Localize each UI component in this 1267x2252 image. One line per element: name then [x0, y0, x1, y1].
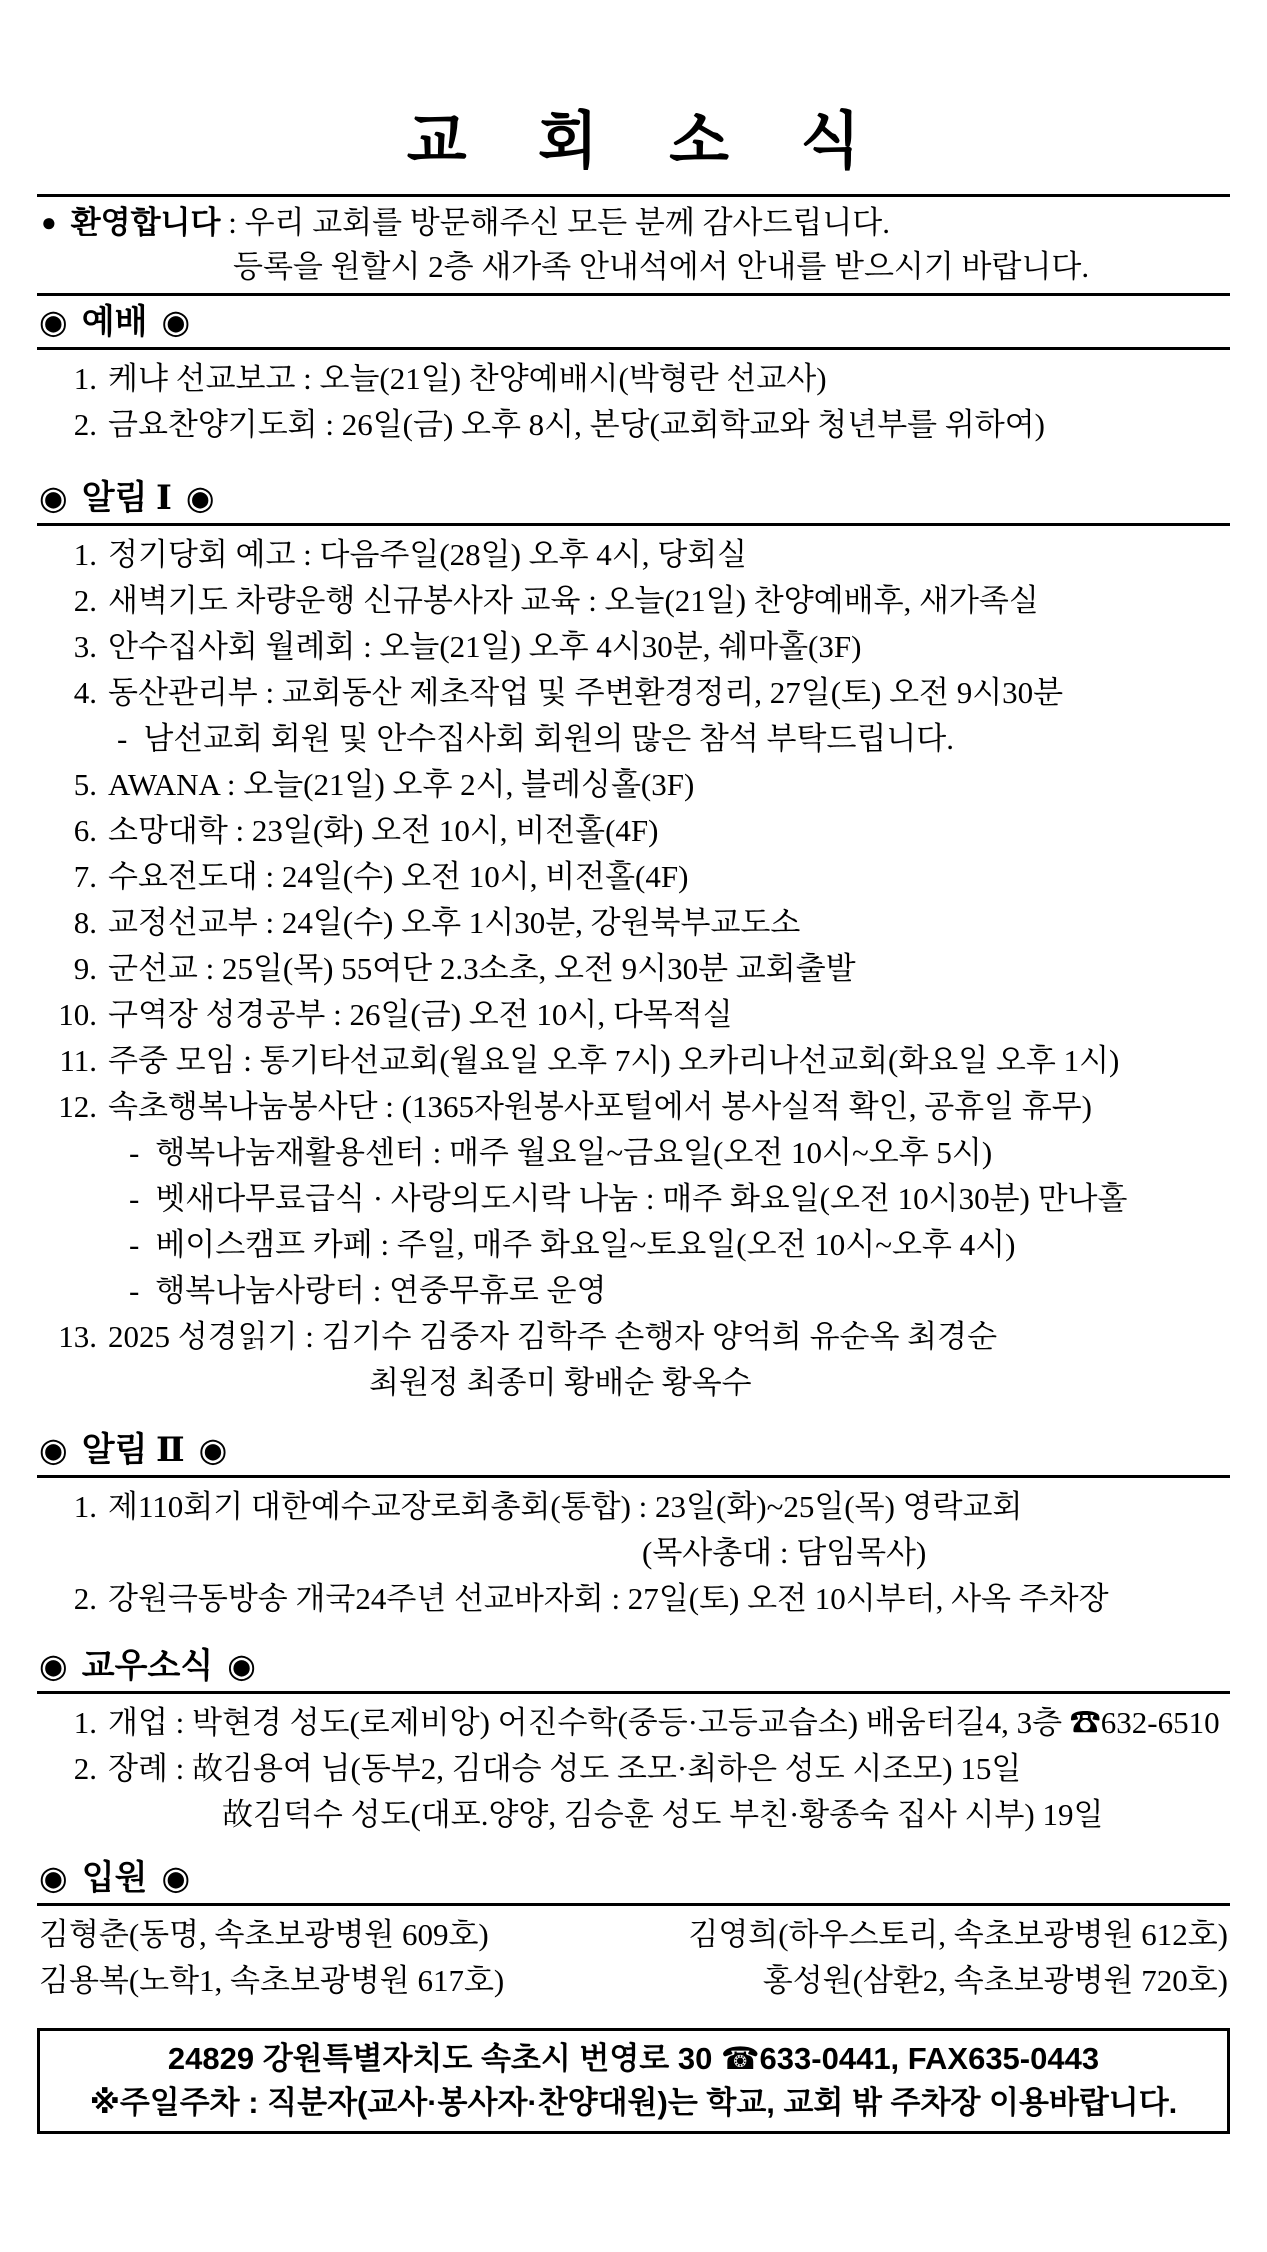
- list-item: 8. 교정선교부 : 24일(수) 오후 1시30분, 강원북부교도소: [37, 900, 1230, 946]
- bullet-icon: ●: [41, 208, 57, 237]
- dash-marker: -: [117, 721, 127, 756]
- section-title: 교우소식: [82, 1648, 213, 1685]
- item-text: 금요찬양기도회 : 26일(금) 오후 8시, 본당(교회학교와 청년부를 위하…: [108, 402, 1045, 448]
- section-notice-1: ◉알림 Ⅰ◉ 1. 정기당회 예고 : 다음주일(28일) 오후 4시, 당회실…: [37, 478, 1230, 1406]
- item-number: 9.: [37, 946, 97, 992]
- item-number: 4.: [37, 670, 97, 716]
- list-item: 9. 군선교 : 25일(목) 55여단 2.3소초, 오전 9시30분 교회출…: [37, 946, 1230, 992]
- item-text: 소망대학 : 23일(화) 오전 10시, 비전홀(4F): [108, 808, 659, 854]
- list-item: 2. 강원극동방송 개국24주년 선교바자회 : 27일(토) 오전 10시부터…: [37, 1576, 1230, 1622]
- item-text: 제110회기 대한예수교장로회총회(통합) : 23일(화)~25일(목) 영락…: [108, 1484, 1022, 1530]
- dash-marker: -: [129, 1135, 139, 1170]
- item-text: 수요전도대 : 24일(수) 오전 10시, 비전홀(4F): [108, 854, 688, 900]
- list-item: 13. 2025 성경읽기 : 김기수 김중자 김학주 손행자 양억희 유순옥 …: [37, 1314, 1230, 1360]
- list-item: 5. AWANA : 오늘(21일) 오후 2시, 블레싱홀(3F): [37, 762, 1230, 808]
- subitem-text: 행복나눔재활용센터 : 매주 월요일~금요일(오전 10시~오후 5시): [155, 1135, 992, 1170]
- item-text: 강원극동방송 개국24주년 선교바자회 : 27일(토) 오전 10시부터, 사…: [108, 1576, 1109, 1622]
- section-marker-icon: ◉: [39, 1649, 68, 1685]
- welcome-line-2: 등록을 원할시 2층 새가족 안내석에서 안내를 받으시기 바랍니다.: [233, 245, 1230, 289]
- member-news-items: 1. 개업 : 박현경 성도(로제비앙) 어진수학(중등·고등교습소) 배움터길…: [37, 1694, 1230, 1838]
- item-text: 개업 : 박현경 성도(로제비앙) 어진수학(중등·고등교습소) 배움터길4, …: [108, 1700, 1220, 1746]
- footer-address: 24829 강원특별자치도 속초시 번영로 30 ☎633-0441, FAX6…: [50, 2037, 1217, 2081]
- footer-address-box: 24829 강원특별자치도 속초시 번영로 30 ☎633-0441, FAX6…: [37, 2028, 1230, 2134]
- item-text: 주중 모임 : 통기타선교회(월요일 오후 7시) 오카리나선교회(화요일 오후…: [108, 1038, 1119, 1084]
- item-text: 케냐 선교보고 : 오늘(21일) 찬양예배시(박형란 선교사): [108, 356, 827, 402]
- list-item: 1. 정기당회 예고 : 다음주일(28일) 오후 4시, 당회실: [37, 532, 1230, 578]
- section-marker-icon: ◉: [227, 1649, 256, 1685]
- item-text: 구역장 성경공부 : 26일(금) 오전 10시, 다목적실: [108, 992, 733, 1038]
- item-number: 2.: [37, 1746, 97, 1792]
- item-text: 정기당회 예고 : 다음주일(28일) 오후 4시, 당회실: [108, 532, 747, 578]
- list-item: 2. 장례 : 故김용여 님(동부2, 김대승 성도 조모·최하은 성도 시조모…: [37, 1746, 1230, 1792]
- section-marker-icon: ◉: [39, 305, 68, 341]
- section-marker-icon: ◉: [186, 481, 215, 517]
- list-item: 6. 소망대학 : 23일(화) 오전 10시, 비전홀(4F): [37, 808, 1230, 854]
- welcome-line-1: ●환영합니다 : 우리 교회를 방문해주신 모든 분께 감사드립니다.: [41, 201, 1230, 245]
- list-item: 2. 새벽기도 차량운행 신규봉사자 교육 : 오늘(21일) 찬양예배후, 새…: [37, 578, 1230, 624]
- item-text: 교정선교부 : 24일(수) 오후 1시30분, 강원북부교도소: [108, 900, 800, 946]
- item-number: 3.: [37, 624, 97, 670]
- item-number: 13.: [37, 1314, 97, 1360]
- item-number: 2.: [37, 1576, 97, 1622]
- welcome-text: 우리 교회를 방문해주신 모든 분께 감사드립니다.: [245, 205, 890, 240]
- item-text: 안수집사회 월례회 : 오늘(21일) 오후 4시30분, 쉐마홀(3F): [108, 624, 861, 670]
- item-number: 10.: [37, 992, 97, 1038]
- list-item: 12. 속초행복나눔봉사단 : (1365자원봉사포털에서 봉사실적 확인, 공…: [37, 1084, 1230, 1130]
- list-item: 1. 케냐 선교보고 : 오늘(21일) 찬양예배시(박형란 선교사): [37, 356, 1230, 402]
- section-worship: ◉예배◉ 1. 케냐 선교보고 : 오늘(21일) 찬양예배시(박형란 선교사)…: [37, 302, 1230, 448]
- section-marker-icon: ◉: [199, 1433, 228, 1469]
- item-text: 군선교 : 25일(목) 55여단 2.3소초, 오전 9시30분 교회출발: [108, 946, 856, 992]
- item-text: 속초행복나눔봉사단 : (1365자원봉사포털에서 봉사실적 확인, 공휴일 휴…: [108, 1084, 1092, 1130]
- list-subitem: -행복나눔사랑터 : 연중무휴로 운영: [129, 1268, 1230, 1314]
- list-item: 2. 금요찬양기도회 : 26일(금) 오후 8시, 본당(교회학교와 청년부를…: [37, 402, 1230, 448]
- list-subitem: -남선교회 회원 및 안수집사회 회원의 많은 참석 부탁드립니다.: [117, 716, 1230, 762]
- section-hospitalized: ◉입원◉ 김형춘(동명, 속초보광병원 609호) 김영희(하우스토리, 속초보…: [37, 1858, 1230, 2004]
- list-item: 11. 주중 모임 : 통기타선교회(월요일 오후 7시) 오카리나선교회(화요…: [37, 1038, 1230, 1084]
- item-number: 8.: [37, 900, 97, 946]
- divider: [37, 293, 1230, 296]
- section-marker-icon: ◉: [162, 305, 191, 341]
- section-title: 입원: [82, 1860, 148, 1897]
- item-text: 2025 성경읽기 : 김기수 김중자 김학주 손행자 양억희 유순옥 최경순: [108, 1314, 997, 1360]
- subitem-text: 남선교회 회원 및 안수집사회 회원의 많은 참석 부탁드립니다.: [143, 721, 954, 756]
- section-marker-icon: ◉: [39, 481, 68, 517]
- item-number: 2.: [37, 402, 97, 448]
- list-item: 4. 동산관리부 : 교회동산 제초작업 및 주변환경정리, 27일(토) 오전…: [37, 670, 1230, 716]
- section-marker-icon: ◉: [162, 1861, 191, 1897]
- church-news-bulletin: 교 회 소 식 ●환영합니다 : 우리 교회를 방문해주신 모든 분께 감사드립…: [0, 0, 1267, 2252]
- welcome-colon: :: [220, 205, 244, 240]
- list-item: 7. 수요전도대 : 24일(수) 오전 10시, 비전홀(4F): [37, 854, 1230, 900]
- item-number: 12.: [37, 1084, 97, 1130]
- list-subitem: -베이스캠프 카페 : 주일, 매주 화요일~토요일(오전 10시~오후 4시): [129, 1222, 1230, 1268]
- section-member-news-header: ◉교우소식◉: [37, 1646, 1230, 1688]
- section-title: 알림 Ⅰ: [82, 480, 172, 517]
- section-notice-2-header: ◉알림 Ⅱ◉: [37, 1430, 1230, 1472]
- section-title: 알림 Ⅱ: [82, 1432, 185, 1469]
- list-subitem: -행복나눔재활용센터 : 매주 월요일~금요일(오전 10시~오후 5시): [129, 1130, 1230, 1176]
- page-title: 교 회 소 식: [37, 100, 1230, 184]
- hospitalized-row: 김형춘(동명, 속초보광병원 609호) 김영희(하우스토리, 속초보광병원 6…: [37, 1912, 1230, 1958]
- hospitalized-entry: 김용복(노학1, 속초보광병원 617호): [39, 1958, 504, 2004]
- dash-marker: -: [129, 1227, 139, 1262]
- list-item: 1. 제110회기 대한예수교장로회총회(통합) : 23일(화)~25일(목)…: [37, 1484, 1230, 1530]
- section-marker-icon: ◉: [39, 1861, 68, 1897]
- footer-parking-notice: ※주일주차 : 직분자(교사·봉사자·찬양대원)는 학교, 교회 밖 주차장 이…: [50, 2081, 1217, 2125]
- item-number: 1.: [37, 1484, 97, 1530]
- subitem-text: 행복나눔사랑터 : 연중무휴로 운영: [155, 1273, 606, 1308]
- item-number: 1.: [37, 1700, 97, 1746]
- section-title: 예배: [82, 304, 148, 341]
- hospitalized-entry: 김영희(하우스토리, 속초보광병원 612호): [688, 1912, 1228, 1958]
- item-number: 5.: [37, 762, 97, 808]
- item-number: 7.: [37, 854, 97, 900]
- welcome-label: 환영합니다: [71, 205, 221, 240]
- list-item: 10. 구역장 성경공부 : 26일(금) 오전 10시, 다목적실: [37, 992, 1230, 1038]
- item-number: 1.: [37, 532, 97, 578]
- subitem-text: 벳새다무료급식 · 사랑의도시락 나눔 : 매주 화요일(오전 10시30분) …: [155, 1181, 1127, 1216]
- item-number: 1.: [37, 356, 97, 402]
- notice-1-items: 1. 정기당회 예고 : 다음주일(28일) 오후 4시, 당회실 2. 새벽기…: [37, 526, 1230, 1406]
- notice-2-items: 1. 제110회기 대한예수교장로회총회(통합) : 23일(화)~25일(목)…: [37, 1478, 1230, 1622]
- item-number: 2.: [37, 578, 97, 624]
- welcome-section: ●환영합니다 : 우리 교회를 방문해주신 모든 분께 감사드립니다. 등록을 …: [37, 197, 1230, 293]
- list-item-continuation: 故김덕수 성도(대포.양양, 김승훈 성도 부친·황종숙 집사 시부) 19일: [222, 1792, 1230, 1838]
- section-notice-1-header: ◉알림 Ⅰ◉: [37, 478, 1230, 520]
- list-item: 1. 개업 : 박현경 성도(로제비앙) 어진수학(중등·고등교습소) 배움터길…: [37, 1700, 1230, 1746]
- hospitalized-entry: 김형춘(동명, 속초보광병원 609호): [39, 1912, 489, 1958]
- hospitalized-list: 김형춘(동명, 속초보광병원 609호) 김영희(하우스토리, 속초보광병원 6…: [37, 1906, 1230, 2004]
- section-marker-icon: ◉: [39, 1433, 68, 1469]
- list-item-continuation: 최원정 최종미 황배순 황옥수: [369, 1360, 1230, 1406]
- worship-items: 1. 케냐 선교보고 : 오늘(21일) 찬양예배시(박형란 선교사) 2. 금…: [37, 350, 1230, 448]
- dash-marker: -: [129, 1181, 139, 1216]
- list-item-continuation: (목사총대 : 담임목사): [642, 1530, 1230, 1576]
- item-text: 새벽기도 차량운행 신규봉사자 교육 : 오늘(21일) 찬양예배후, 새가족실: [108, 578, 1039, 624]
- hospitalized-row: 김용복(노학1, 속초보광병원 617호) 홍성원(삼환2, 속초보광병원 72…: [37, 1958, 1230, 2004]
- item-text: 장례 : 故김용여 님(동부2, 김대승 성도 조모·최하은 성도 시조모) 1…: [108, 1746, 1021, 1792]
- section-member-news: ◉교우소식◉ 1. 개업 : 박현경 성도(로제비앙) 어진수학(중등·고등교습…: [37, 1646, 1230, 1838]
- section-hospitalized-header: ◉입원◉: [37, 1858, 1230, 1900]
- subitem-text: 베이스캠프 카페 : 주일, 매주 화요일~토요일(오전 10시~오후 4시): [155, 1227, 1015, 1262]
- list-item: 3. 안수집사회 월례회 : 오늘(21일) 오후 4시30분, 쉐마홀(3F): [37, 624, 1230, 670]
- item-text: AWANA : 오늘(21일) 오후 2시, 블레싱홀(3F): [108, 762, 694, 808]
- dash-marker: -: [129, 1273, 139, 1308]
- item-text: 동산관리부 : 교회동산 제초작업 및 주변환경정리, 27일(토) 오전 9시…: [108, 670, 1063, 716]
- section-notice-2: ◉알림 Ⅱ◉ 1. 제110회기 대한예수교장로회총회(통합) : 23일(화)…: [37, 1430, 1230, 1622]
- list-subitem: -벳새다무료급식 · 사랑의도시락 나눔 : 매주 화요일(오전 10시30분)…: [129, 1176, 1230, 1222]
- section-worship-header: ◉예배◉: [37, 302, 1230, 344]
- item-number: 6.: [37, 808, 97, 854]
- item-number: 11.: [37, 1038, 97, 1084]
- hospitalized-entry: 홍성원(삼환2, 속초보광병원 720호): [763, 1958, 1228, 2004]
